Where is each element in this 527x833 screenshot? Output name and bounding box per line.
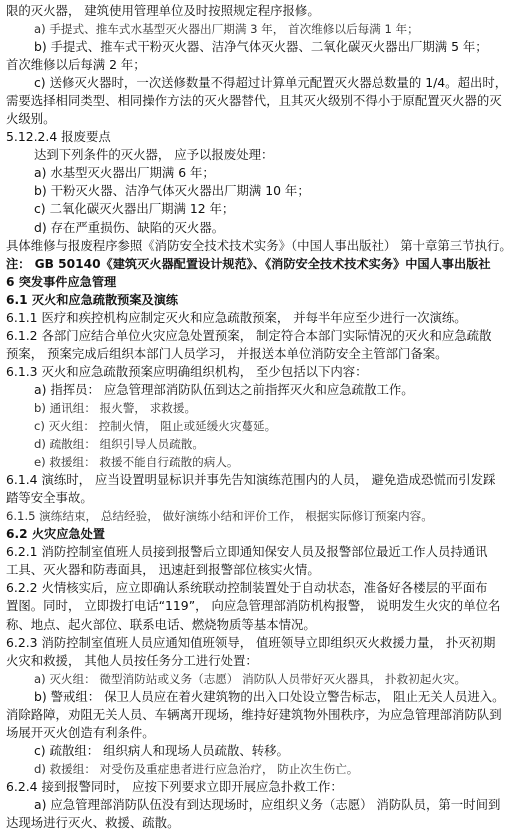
- text-line: 场展开灭火创造有利条件。: [6, 725, 155, 741]
- text-line: 称、地点、起火部位、联系电话、燃烧物质等基本情况。: [6, 617, 316, 633]
- text-line: 6.2 火灾应急处置: [6, 526, 105, 542]
- text-line: 需要选择相同类型、相同操作方法的灭火器替代，且其灭火级别不得小于原配置灭火器的灭: [6, 93, 502, 109]
- text-line: 6 突发事件应急管理: [6, 274, 116, 290]
- text-line: e) 救援组： 救援不能自行疏散的病人。: [34, 454, 239, 470]
- text-line: 6.2.2 火情核实后，应立即确认系统联动控制装置处于自动状态，准备好各楼层的平…: [6, 580, 488, 596]
- text-line: b) 警戒组： 保卫人员应在着火建筑物的出入口处设立警告标志， 阻止无关人员进入…: [34, 689, 505, 705]
- text-line: a) 水基型灭火器出厂期满 6 年；: [34, 165, 215, 181]
- text-line: 火灾和救援， 其他人员按任务分工进行处置：: [6, 653, 258, 669]
- text-line: 达到下列条件的灭火器， 应予以报废处理：: [34, 147, 273, 163]
- text-line: 6.1.4 演练时， 应当设置明显标识并事先告知演练范围内的人员， 避免造成恐慌…: [6, 472, 495, 488]
- text-line: c) 疏散组： 组织病人和现场人员疏散、转移。: [34, 743, 289, 759]
- text-line: 限的灭火器， 建筑使用管理单位及时按照规定程序报修。: [6, 3, 320, 19]
- text-line: 6.2.4 接到报警同时， 应按下列要求立即开展应急扑救工作：: [6, 779, 343, 795]
- text-line: 注： GB 50140《建筑灭火器配置设计规范》、《消防安全技术技术实务》中国人…: [6, 256, 491, 272]
- text-line: b) 通讯组： 报火警， 求救援。: [34, 400, 196, 416]
- text-line: 6.1.1 医疗和疾控机构应制定灭火和应急疏散预案， 并每半年应至少进行一次演练…: [6, 310, 467, 326]
- text-line: 5.12.2.4 报废要点: [6, 129, 111, 145]
- text-line: c) 送修灭火器时，一次送修数量不得超过计算单元配置灭火器总数量的 1/4。超出…: [34, 75, 507, 91]
- text-line: 6.2.3 消防控制室值班人员应通知值班领导， 值班领导立即组织灭火救援力量， …: [6, 635, 495, 651]
- text-line: a) 灭火组： 微型消防站或义务（志愿） 消防队人员带好灭火器具， 扑救初起火灾…: [34, 671, 466, 687]
- text-line: b) 手提式、推车式干粉灭火器、洁净气体灭火器、二氧化碳灭火器出厂期满 5 年；: [34, 39, 488, 55]
- text-line: 具体维修与报废程序参照《消防安全技术技术实务》（中国人事出版社） 第十章第三节执…: [6, 238, 512, 254]
- text-line: 工具、灭火器和防毒面具， 迅速赶到报警部位核实火情。: [6, 562, 320, 578]
- text-line: 预案， 预案完成后组织本部门人员学习， 并报送本单位消防安全主管部门备案。: [6, 346, 448, 362]
- text-line: 6.1.2 各部门应结合单位火灾应急处置预案， 制定符合本部门实际情况的灭火和应…: [6, 328, 491, 344]
- text-line: c) 灭火组： 控制火情， 阻止或延缓火灾蔓延。: [34, 418, 276, 434]
- text-line: 6.1.3 灭火和应急疏散预案应明确组织机构， 至少包括以下内容：: [6, 364, 368, 380]
- text-line: c) 二氧化碳灭火器出厂期满 12 年；: [34, 201, 234, 217]
- text-line: d) 救援组： 对受伤及重症患者进行应急治疗， 防止次生伤亡。: [34, 761, 358, 777]
- text-line: 6.1 灭火和应急疏散预案及演练: [6, 292, 178, 308]
- text-line: 首次维修以后每满 2 年；: [6, 57, 146, 73]
- text-line: 踏等安全事故。: [6, 490, 93, 506]
- text-line: 达现场进行灭火、救援、疏散。: [6, 815, 179, 831]
- text-line: d) 疏散组： 组织引导人员疏散。: [34, 436, 204, 452]
- text-line: 置图。同时， 立即拨打电话“119”， 向应急管理部消防机构报警， 说明发生火灾…: [6, 598, 500, 614]
- text-line: a) 应急管理部消防队伍没有到达现场时，应组织义务（志愿） 消防队员，第一时间到: [34, 797, 500, 813]
- text-line: 火级别。: [6, 111, 56, 127]
- text-line: d) 存在严重损伤、缺陷的灭火器。: [34, 220, 224, 236]
- text-line: 6.2.1 消防控制室值班人员接到报警后立即通知保安人员及报警部位最近工作人员持…: [6, 544, 488, 560]
- text-line: a) 指挥员： 应急管理部消防队伍到达之前指挥灭火和应急疏散工作。: [34, 382, 414, 398]
- text-line: 消除路障，劝阻无关人员、车辆离开现场，维持好建筑物外围秩序，为应急管理部消防队到: [6, 707, 502, 723]
- text-line: a) 手提式、推车式水基型灭火器出厂期满 3 年， 首次维修以后每满 1 年；: [34, 21, 419, 37]
- text-line: 6.1.5 演练结束， 总结经验， 做好演练小结和评价工作， 根据实际修订预案内…: [6, 508, 433, 524]
- text-line: b) 干粉灭火器、洁净气体灭火器出厂期满 10 年；: [34, 183, 310, 199]
